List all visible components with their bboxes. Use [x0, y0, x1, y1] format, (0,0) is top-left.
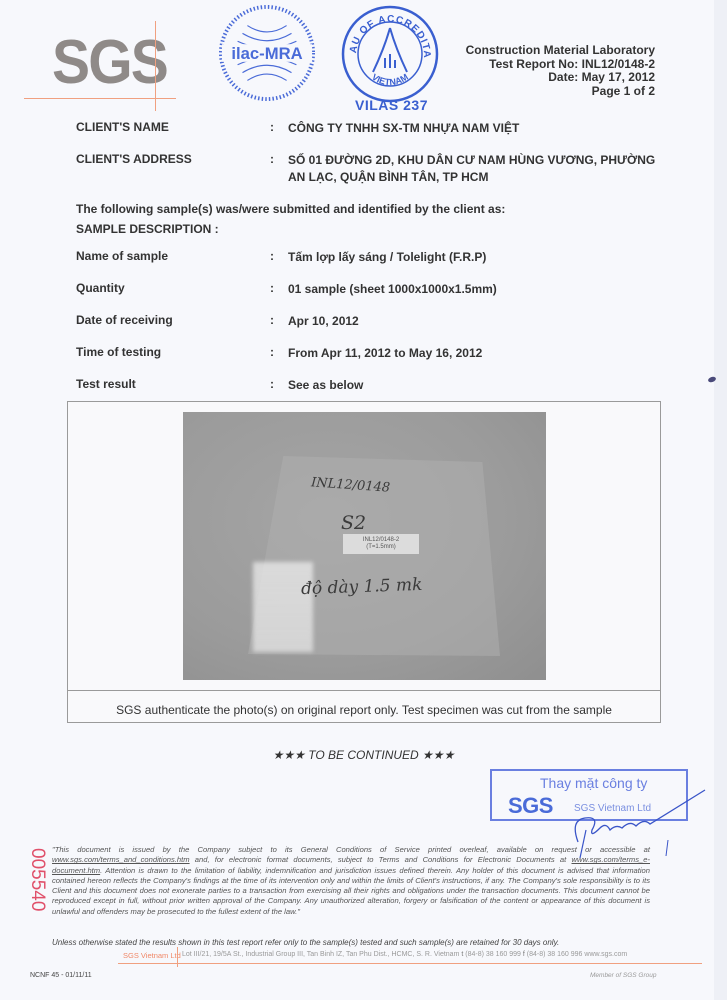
disclaimer-text: . Attention is drawn to the limitation o… [52, 866, 650, 916]
handwriting-thickness: độ dày 1.5 mk [301, 575, 423, 599]
client-name-label: CLIENT'S NAME [76, 120, 169, 134]
colon: : [270, 152, 274, 166]
photo-divider [67, 690, 661, 691]
address-line-1: SỐ 01 ĐƯỜNG 2D, KHU DÂN CƯ NAM HÙNG VƯƠN… [288, 153, 655, 167]
sample-sticker: INL12/0148-2 (T=1.5mm) [343, 534, 419, 554]
ilac-mra-logo: ilac-MRA [218, 4, 316, 102]
colon: : [270, 377, 274, 391]
footer-address-text: Lot III/21, 19/5A St., Industrial Group … [182, 951, 459, 958]
handwriting-sample-id: S2 [341, 512, 366, 534]
lab-name: Construction Material Laboratory [466, 44, 655, 58]
colon: : [270, 345, 274, 359]
retention-note: Unless otherwise stated the results show… [52, 938, 559, 947]
footer-fax: (84-8) 38 160 996 [527, 951, 583, 958]
disclaimer-text: and, for electronic format documents, su… [190, 855, 572, 864]
sticker-line-2: (T=1.5mm) [343, 544, 419, 551]
footer-vertical-rule [177, 947, 178, 967]
field-value: See as below [288, 377, 363, 394]
report-date: Date: May 17, 2012 [466, 71, 655, 85]
sgs-logo: SGS [52, 32, 167, 94]
fax-prefix: f [523, 951, 525, 958]
svg-text:VIETNAM: VIETNAM [370, 72, 410, 87]
footer-address: Lot III/21, 19/5A St., Industrial Group … [182, 951, 627, 958]
svg-text:ilac-MRA: ilac-MRA [231, 44, 302, 63]
field-value: From Apr 11, 2012 to May 16, 2012 [288, 345, 482, 362]
client-address-label: CLIENT'S ADDRESS [76, 152, 192, 166]
legal-disclaimer: "This document is issued by the Company … [52, 845, 650, 917]
photo-caption: SGS authenticate the photo(s) on origina… [67, 703, 661, 717]
report-header-info: Construction Material Laboratory Test Re… [466, 44, 655, 98]
intro-text: The following sample(s) was/were submitt… [76, 202, 505, 216]
colon: : [270, 249, 274, 263]
logo-vertical-rule [155, 21, 156, 111]
footer-phone: (84-8) 38 160 999 [465, 951, 521, 958]
form-code: NCNF 45 - 01/11/11 [30, 972, 92, 979]
terms-link[interactable]: www.sgs.com/terms_and_conditions.htm [52, 855, 190, 864]
footer-company: SGS Vietnam Ltd [123, 951, 181, 960]
sample-photo: INL12/0148 S2 INL12/0148-2 (T=1.5mm) độ … [183, 412, 546, 680]
field-value: 01 sample (sheet 1000x1000x1.5mm) [288, 281, 497, 298]
field-label: Test result [76, 377, 136, 391]
serial-number: 005540 [27, 848, 47, 911]
svg-text:BUREAU OF ACCREDITATION: BUREAU OF ACCREDITATION [340, 4, 432, 58]
colon: : [270, 313, 274, 327]
vilas-number: VILAS 237 [355, 97, 428, 113]
page-number: Page 1 of 2 [466, 85, 655, 99]
sticker-line-1: INL12/0148-2 [343, 537, 419, 544]
accreditation-seal: BUREAU OF ACCREDITATION VIETNAM [340, 4, 440, 104]
phone-prefix: t [461, 951, 463, 958]
field-label: Time of testing [76, 345, 161, 359]
page-edge [714, 0, 727, 1000]
client-address-value: SỐ 01 ĐƯỜNG 2D, KHU DÂN CƯ NAM HÙNG VƯƠN… [288, 152, 655, 186]
member-of-sgs: Member of SGS Group [590, 972, 656, 979]
sample-description-heading: SAMPLE DESCRIPTION : [76, 222, 219, 236]
report-number: Test Report No: INL12/0148-2 [466, 58, 655, 72]
client-name-value: CÔNG TY TNHH SX-TM NHỰA NAM VIỆT [288, 120, 519, 137]
colon: : [270, 120, 274, 134]
field-value: Tấm lợp lấy sáng / Tolelight (F.R.P) [288, 249, 486, 266]
logo-underline [24, 98, 176, 99]
address-line-2: AN LẠC, QUẬN BÌNH TÂN, TP HCM [288, 170, 488, 184]
colon: : [270, 281, 274, 295]
field-label: Quantity [76, 281, 125, 295]
to-be-continued: ★★★ TO BE CONTINUED ★★★ [0, 748, 727, 762]
field-value: Apr 10, 2012 [288, 313, 359, 330]
footer-website[interactable]: www.sgs.com [584, 951, 627, 958]
field-label: Name of sample [76, 249, 168, 263]
footer-rule [118, 963, 702, 964]
photo-glare [253, 562, 313, 652]
disclaimer-text: "This document is issued by the Company … [52, 845, 650, 854]
field-label: Date of receiving [76, 313, 173, 327]
